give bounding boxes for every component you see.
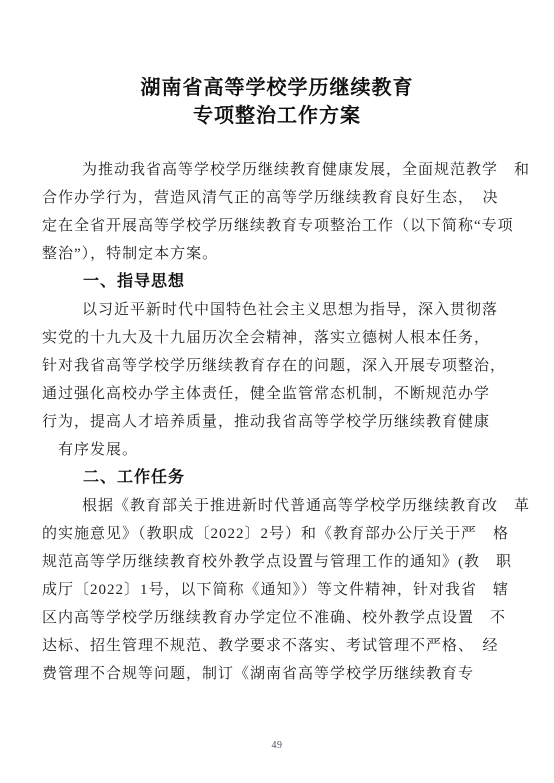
document-body: 为推动我省高等学校学历继续教育健康发展，全面规范教学 和合作办学行为，营造风清气… (42, 156, 508, 688)
heading-guiding-ideology: 一、指导思想 (42, 268, 508, 296)
document-title: 湖南省高等学校学历继续教育 专项整治工作方案 (0, 74, 554, 130)
text-line: 成厅〔2022〕1号，以下简称《通知》）等文件精神，针对我省 辖 (42, 576, 508, 604)
text-line: 行为，提高人才培养质量，推动我省高等学校学历继续教育健康 (42, 408, 508, 436)
text-line: 规范高等学历继续教育校外教学点设置与管理工作的通知》(教 职 (42, 548, 508, 576)
text-line: 根据《教育部关于推进新时代普通高等学校学历继续教育改 革 (42, 492, 508, 520)
text-line: 合作办学行为，营造风清气正的高等学历继续教育良好生态， 决 (42, 184, 508, 212)
paragraph-guiding-ideology: 以习近平新时代中国特色社会主义思想为指导，深入贯彻落实党的十九大及十九届历次全会… (42, 296, 508, 464)
text-line: 有序发展。 (42, 436, 508, 464)
document-title-line-2: 专项整治工作方案 (0, 102, 554, 130)
page-number: 49 (0, 740, 554, 751)
text-line: 达标、招生管理不规范、教学要求不落实、考试管理不严格、 经 (42, 632, 508, 660)
text-line: 为推动我省高等学校学历继续教育健康发展，全面规范教学 和 (42, 156, 508, 184)
text-line: 通过强化高校办学主体责任，健全监管常态机制，不断规范办学 (42, 380, 508, 408)
document-page: 湖南省高等学校学历继续教育 专项整治工作方案 为推动我省高等学校学历继续教育健康… (0, 0, 554, 783)
heading-work-tasks: 二、工作任务 (42, 464, 508, 492)
paragraph-intro: 为推动我省高等学校学历继续教育健康发展，全面规范教学 和合作办学行为，营造风清气… (42, 156, 508, 268)
text-line: 实党的十九大及十九届历次全会精神，落实立德树人根本任务， (42, 324, 508, 352)
text-line: 以习近平新时代中国特色社会主义思想为指导，深入贯彻落 (42, 296, 508, 324)
text-line: 区内高等学校学历继续教育办学定位不准确、校外教学点设置 不 (42, 604, 508, 632)
text-line: 整治”），特制定本方案。 (42, 240, 508, 268)
paragraph-work-tasks: 根据《教育部关于推进新时代普通高等学校学历继续教育改 革的实施意见》（教职成〔2… (42, 492, 508, 688)
document-title-line-1: 湖南省高等学校学历继续教育 (0, 74, 554, 102)
text-line: 针对我省高等学校学历继续教育存在的问题，深入开展专项整治， (42, 352, 508, 380)
text-line: 的实施意见》（教职成〔2022〕2号）和《教育部办公厅关于严 格 (42, 520, 508, 548)
text-line: 定在全省开展高等学校学历继续教育专项整治工作（以下简称“专项 (42, 212, 508, 240)
text-line: 费管理不合规等问题，制订《湖南省高等学校学历继续教育专 (42, 660, 508, 688)
